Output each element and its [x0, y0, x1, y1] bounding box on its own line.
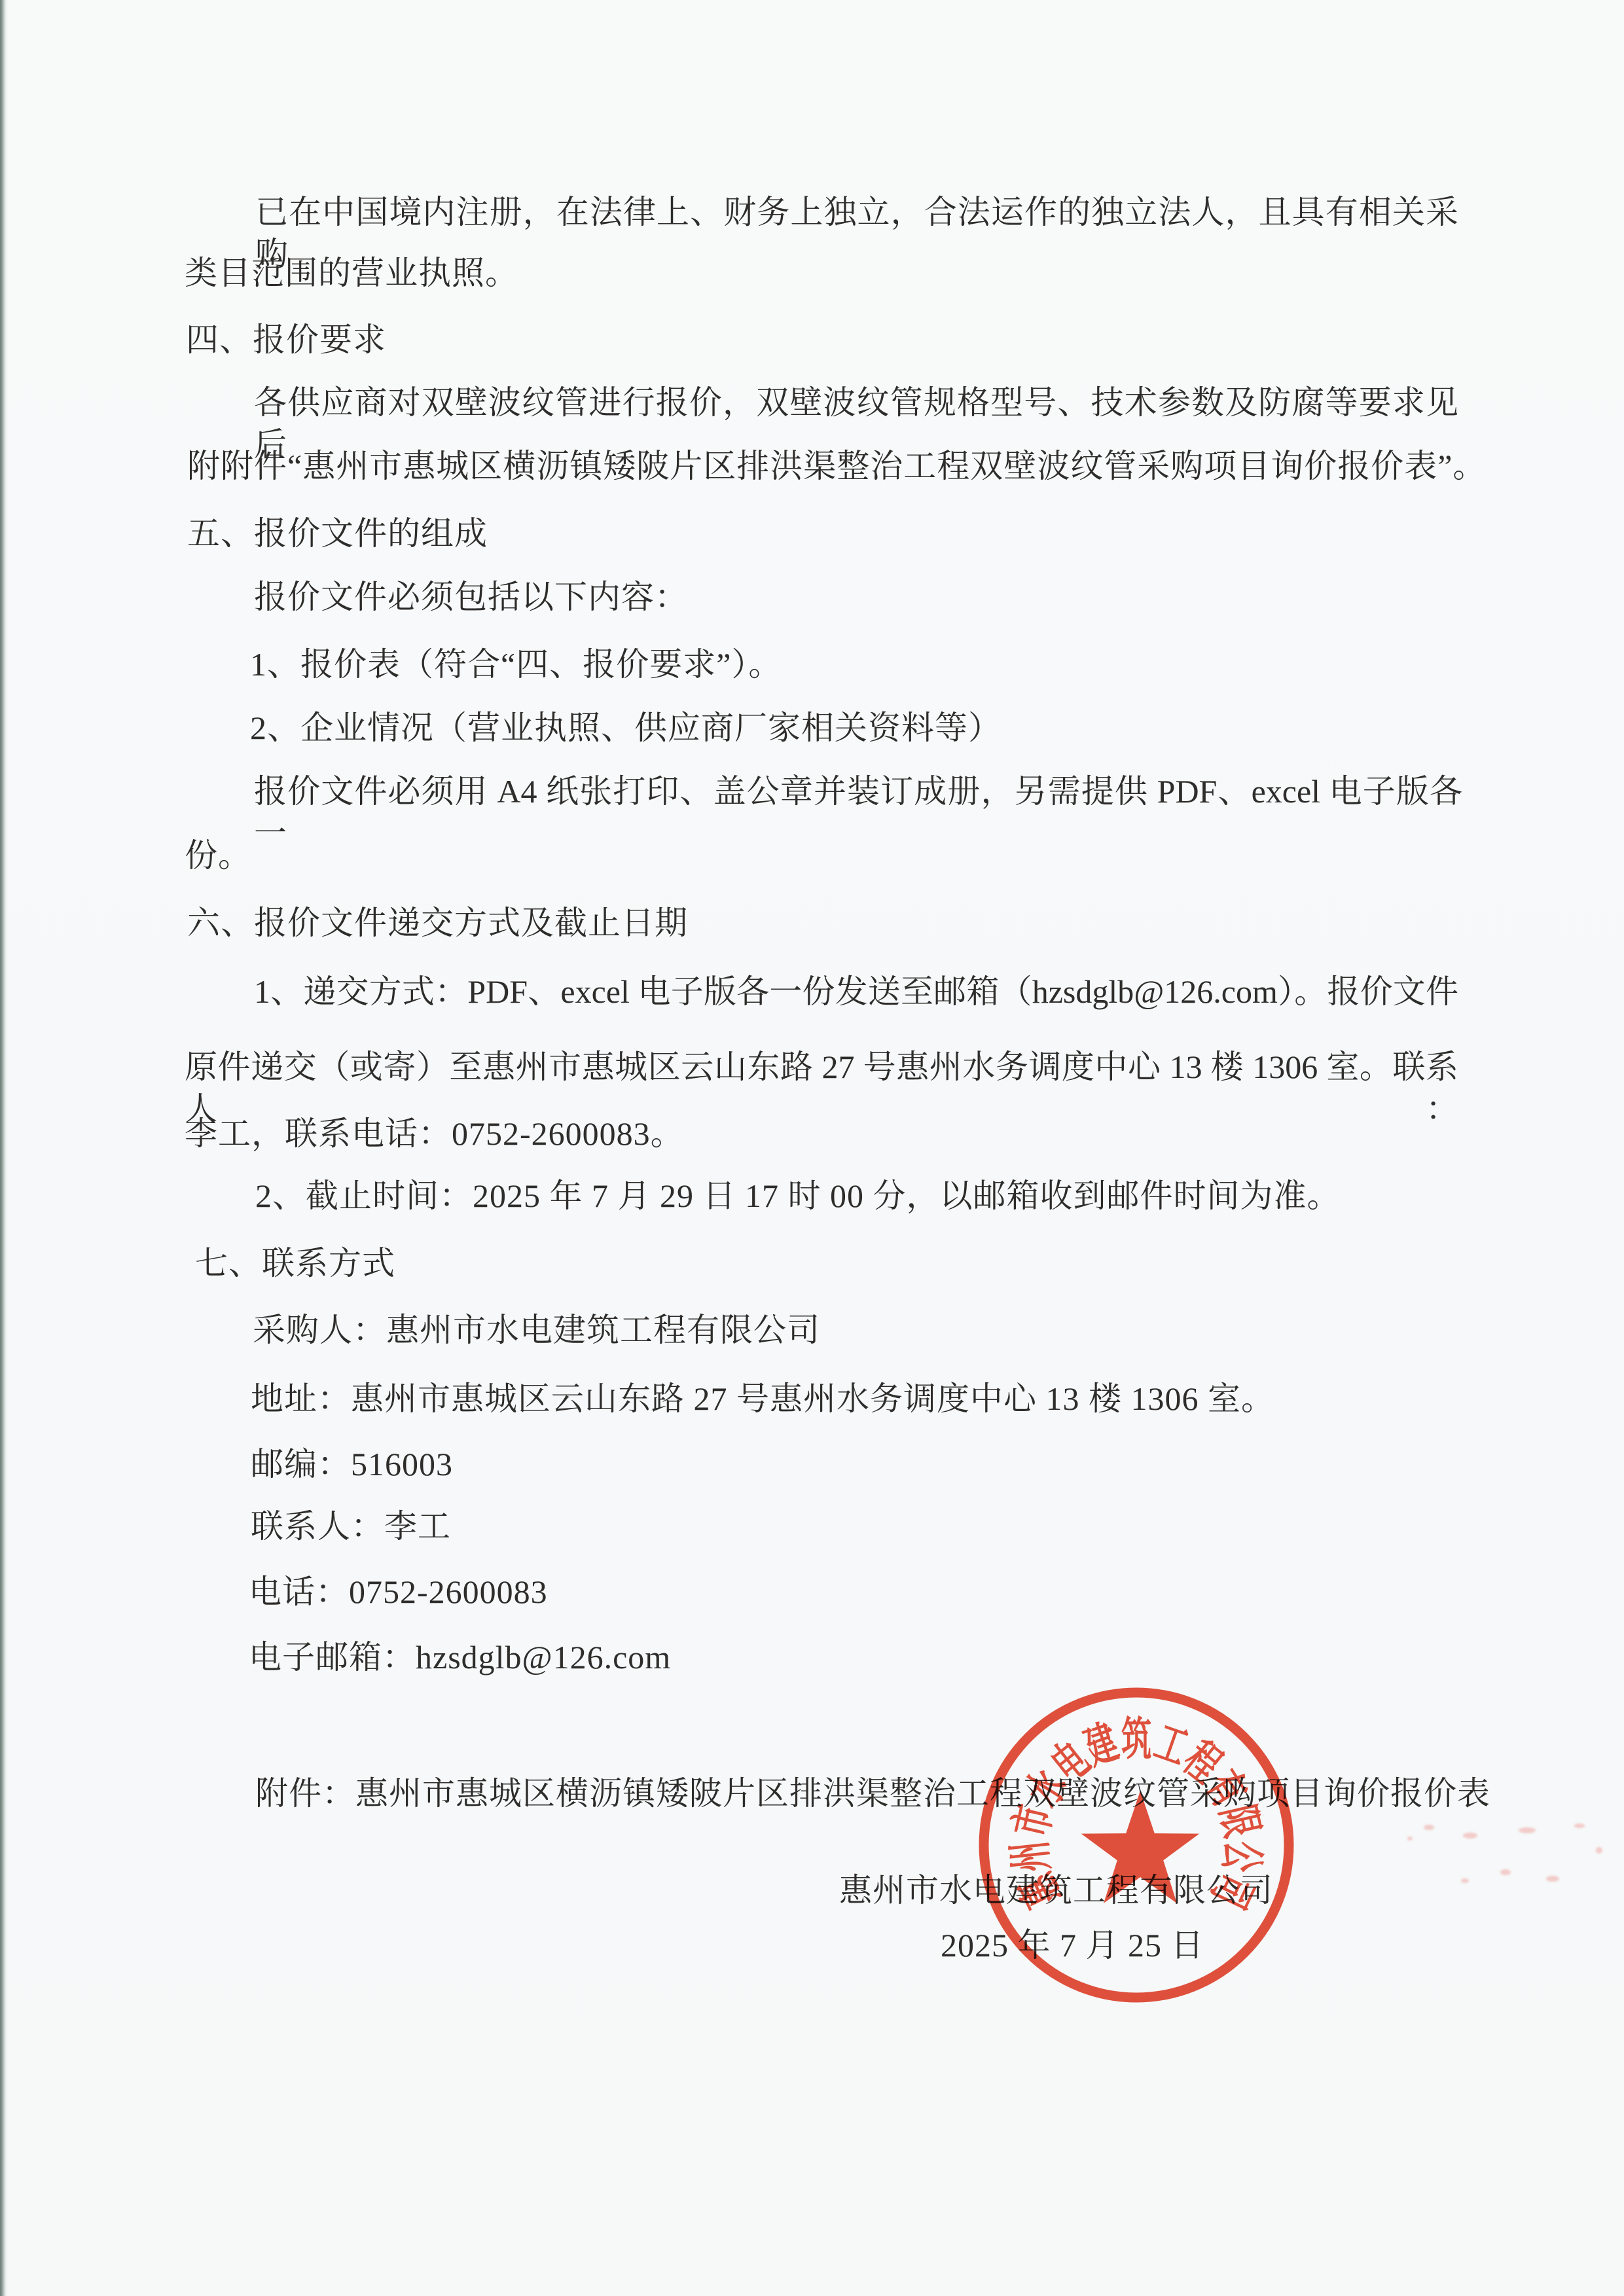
ink-speckle	[1574, 1823, 1585, 1828]
ink-speckle	[1519, 1827, 1536, 1833]
heading-section-7: 七、联系方式	[195, 1242, 395, 1284]
ink-speckle	[1546, 1876, 1559, 1882]
heading-section-5: 五、报价文件的组成	[187, 512, 488, 554]
scanner-edge-artifact	[0, 0, 8, 2296]
para-submission-line3: 李工，联系电话：0752-2600083。	[185, 1113, 684, 1155]
para-quote-requirements-line2: 附附件“惠州市惠城区横沥镇矮陂片区排洪渠整治工程双壁波纹管采购项目询价报价表”。	[187, 445, 1486, 487]
contact-address: 地址：惠州市惠城区云山东路 27 号惠州水务调度中心 13 楼 1306 室。	[251, 1378, 1274, 1420]
contact-person: 联系人：李工	[251, 1505, 451, 1547]
ink-speckle	[1500, 1869, 1511, 1875]
item-company-info: 2、企业情况（营业执照、供应商厂家相关资料等）	[250, 707, 1001, 749]
document-page: 已在中国境内注册，在法律上、财务上独立，合法运作的独立法人，且具有相关采购 类目…	[0, 0, 1624, 2296]
heading-section-6: 六、报价文件递交方式及截止日期	[187, 902, 688, 944]
item-deadline: 2、截止时间：2025 年 7 月 29 日 17 时 00 分，以邮箱收到邮件…	[255, 1175, 1341, 1217]
ink-speckle	[1424, 1825, 1434, 1830]
ink-speckle	[1461, 1878, 1469, 1883]
ink-speckle	[1463, 1833, 1477, 1839]
seal-star-icon	[1081, 1791, 1200, 1903]
attachment-line: 附件：惠州市惠城区横沥镇矮陂片区排洪渠整治工程双壁波纹管采购项目询价报价表	[255, 1772, 1490, 1814]
ink-speckle	[1407, 1837, 1413, 1840]
ink-speckle	[1596, 1847, 1602, 1854]
contact-postcode: 邮编：516003	[251, 1443, 453, 1485]
para-registration-line2: 类目范围的营业执照。	[185, 252, 518, 294]
contact-phone: 电话：0752-2600083	[249, 1571, 548, 1613]
contact-email: 电子邮箱：hzsdglb@126.com	[249, 1636, 671, 1678]
para-doc-contents-intro: 报价文件必须包括以下内容：	[254, 576, 688, 618]
para-print-requirements-line2: 份。	[185, 834, 251, 876]
para-print-requirements-line1: 报价文件必须用 A4 纸张打印、盖公章并装订成册，另需提供 PDF、excel …	[254, 770, 1462, 854]
contact-purchaser: 采购人：惠州市水电建筑工程有限公司	[253, 1309, 820, 1351]
para-submission-line1: 1、递交方式：PDF、excel 电子版各一份发送至邮箱（hzsdglb@126…	[254, 971, 1458, 1013]
item-quote-table: 1、报价表（符合“四、报价要求”）。	[250, 643, 782, 685]
company-seal: 惠州市水电建筑工程有限公司	[972, 1682, 1299, 2009]
heading-section-4: 四、报价要求	[186, 319, 386, 361]
